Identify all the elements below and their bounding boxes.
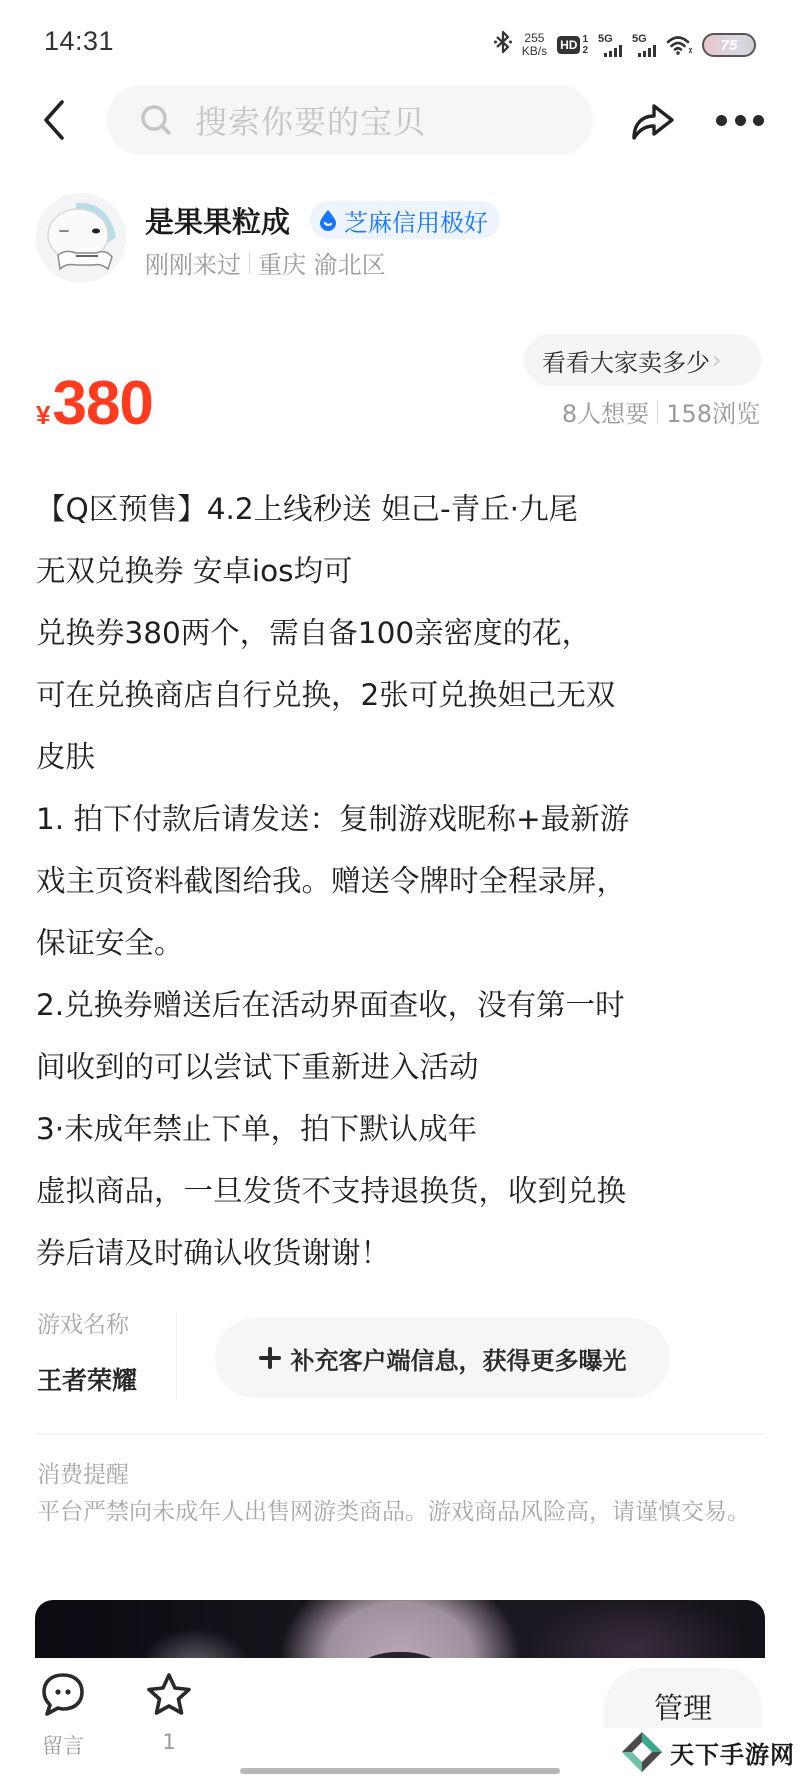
more-dot [716, 115, 727, 126]
compare-prices-label: 看看大家卖多少 [542, 343, 710, 378]
description-line: 无双兑换券 安卓ios均可 [36, 540, 764, 602]
compare-prices-button[interactable]: 看看大家卖多少 › [524, 334, 761, 386]
hd-sub-bottom: 2 [582, 45, 588, 56]
more-dot [735, 115, 746, 126]
more-dot [753, 115, 764, 126]
signal-5g-icon: 5G [632, 34, 656, 57]
watermark-text: 天下手游网 [670, 1735, 795, 1770]
divider [249, 252, 250, 274]
description-line: 保证安全。 [36, 912, 764, 974]
favorite-button[interactable]: 1 [136, 1670, 202, 1760]
watermark-logo-icon [620, 1730, 664, 1774]
chevron-right-icon: › [712, 346, 722, 374]
star-icon [144, 1670, 194, 1720]
share-button[interactable] [628, 98, 678, 142]
seller-name[interactable]: 是果果粒成 [145, 200, 290, 241]
bluetooth-icon [494, 30, 512, 60]
status-time: 14:31 [44, 26, 114, 57]
description-line: 【Q区预售】4.2上线秒送 妲己-青丘·九尾 [36, 478, 764, 540]
description-line: 可在兑换商店自行兑换，2张可兑换妲己无双 [36, 664, 764, 726]
more-button[interactable] [716, 110, 764, 130]
add-client-info-label: 补充客户端信息，获得更多曝光 [291, 1341, 627, 1376]
signal-5g-icon: 5G [598, 34, 622, 57]
watermark: 天下手游网 [620, 1730, 795, 1774]
currency-symbol: ¥ [36, 400, 50, 431]
description-line: 虚拟商品，一旦发货不支持退换货，收到兑换 [36, 1160, 764, 1222]
seller-meta: 刚刚来过 重庆 渝北区 [145, 245, 386, 280]
comment-label: 留言 [42, 1730, 84, 1760]
network-speed: 255 KB/s [522, 32, 547, 58]
description-line: 3·未成年禁止下单，拍下默认成年 [36, 1098, 764, 1160]
location: 重庆 渝北区 [258, 245, 386, 280]
comment-icon [38, 1670, 88, 1720]
game-name-label: 游戏名称 [37, 1306, 129, 1339]
favorite-count: 1 [162, 1730, 175, 1754]
views-count: 158浏览 [666, 394, 760, 429]
search-input[interactable]: 搜索你要的宝贝 [107, 85, 593, 155]
comment-button[interactable]: 留言 [30, 1670, 96, 1760]
description-line: 间收到的可以尝试下重新进入活动 [36, 1036, 764, 1098]
plus-icon [259, 1347, 281, 1369]
price-value: 380 [52, 368, 152, 439]
back-button[interactable] [36, 98, 76, 142]
battery-icon: 75 [702, 33, 756, 57]
wifi-icon [666, 34, 692, 56]
search-icon [139, 103, 173, 137]
description-line: 兑换券380两个，需自备100亲密度的花， [36, 602, 764, 664]
sesame-credit-icon [318, 209, 338, 231]
item-description: 【Q区预售】4.2上线秒送 妲己-青丘·九尾 无双兑换券 安卓ios均可 兑换券… [36, 478, 764, 1284]
hd-voice-icon: HD 1 2 [557, 34, 588, 56]
sim1-label: 5G [598, 34, 613, 45]
description-line: 戏主页资料截图给我。赠送令牌时全程录屏， [36, 850, 764, 912]
description-line: 2.兑换券赠送后在活动界面查收，没有第一时 [36, 974, 764, 1036]
listing-stats: 8人想要 158浏览 [562, 394, 760, 429]
game-name-value: 王者荣耀 [37, 1361, 137, 1397]
wants-count: 8人想要 [562, 394, 649, 429]
search-placeholder: 搜索你要的宝贝 [195, 97, 426, 143]
last-seen: 刚刚来过 [145, 245, 241, 280]
consumer-notice-body: 平台严禁向未成年人出售网游类商品。游戏商品风险高，请谨慎交易。 [37, 1497, 763, 1527]
price: ¥ 380 [36, 368, 153, 439]
description-line: 皮肤 [36, 726, 764, 788]
hd-sub-top: 1 [582, 34, 588, 45]
description-line: 券后请及时确认收货谢谢！ [36, 1222, 764, 1284]
status-icons: 255 KB/s HD 1 2 5G 5G 75 [494, 28, 756, 62]
description-line: 1. 拍下付款后请发送：复制游戏昵称+最新游 [36, 788, 764, 850]
credit-text: 芝麻信用极好 [344, 203, 488, 238]
avatar-image [36, 193, 126, 283]
divider [176, 1312, 177, 1400]
hd-label: HD [557, 36, 580, 54]
section-divider [36, 1433, 764, 1435]
network-speed-unit: KB/s [522, 45, 547, 58]
credit-badge[interactable]: 芝麻信用极好 [310, 201, 500, 239]
add-client-info-button[interactable]: 补充客户端信息，获得更多曝光 [215, 1318, 670, 1398]
sim2-label: 5G [632, 34, 647, 45]
seller-avatar[interactable] [36, 193, 126, 283]
divider [657, 401, 658, 423]
consumer-notice-title: 消费提醒 [37, 1456, 129, 1489]
home-indicator[interactable] [240, 1768, 560, 1774]
